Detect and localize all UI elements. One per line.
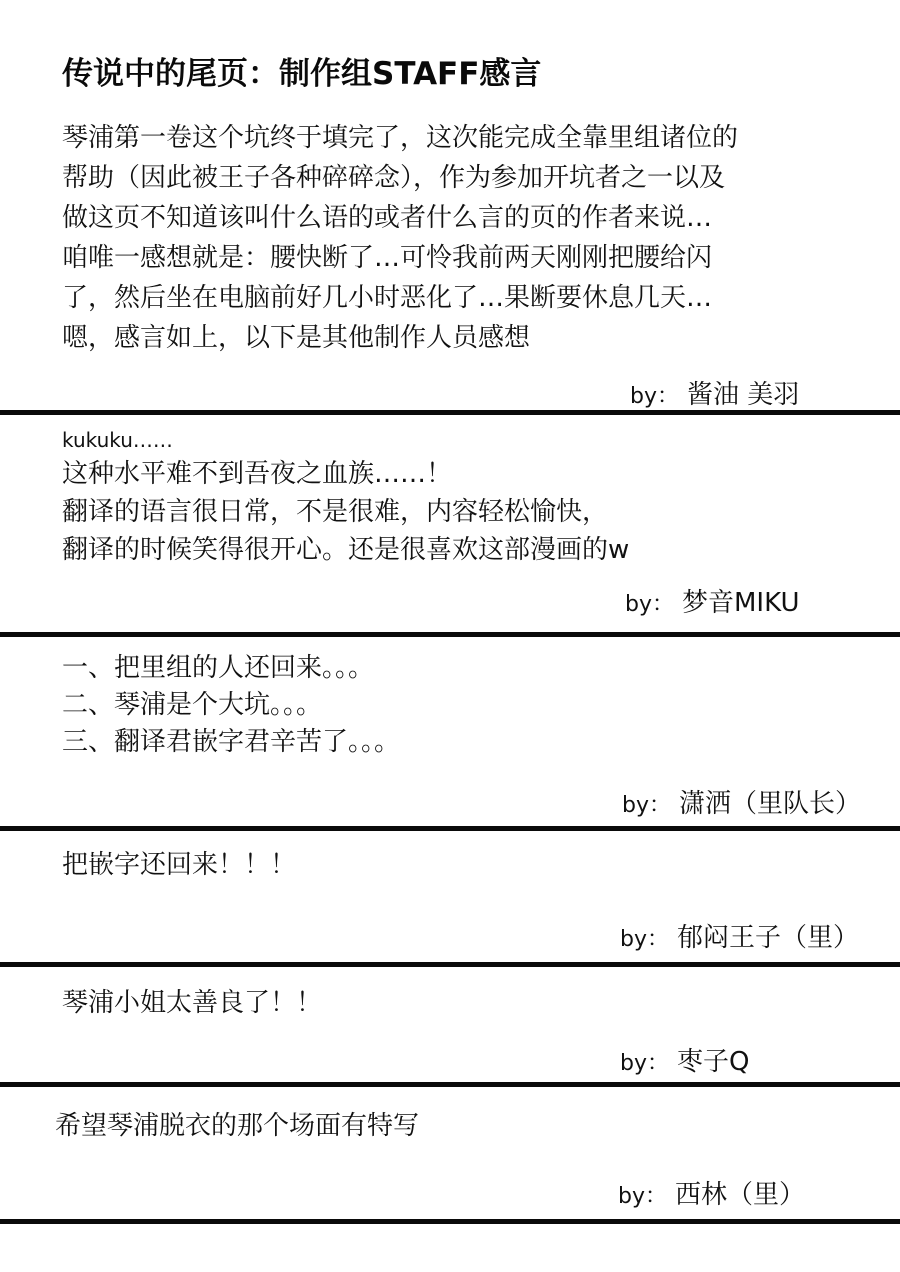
by-label: by： [618, 1184, 667, 1209]
comment-line: 一、把里组的人还回来。。。 [62, 650, 400, 687]
staff-comment-5: 琴浦小姐太善良了！！ [62, 983, 322, 1023]
comment-line: 三、翻译君嵌字君辛苦了。。。 [62, 724, 400, 761]
comment-line: 琴浦小姐太善良了！！ [62, 983, 322, 1023]
by-label: by： [622, 793, 671, 818]
section-divider [0, 826, 900, 831]
author-name: 郁闷王子（里） [677, 923, 859, 953]
comment-line: 做这页不知道该叫什么语的或者什么言的页的作者来说… [62, 198, 738, 238]
comment-line: 二、琴浦是个大坑。。。 [62, 687, 400, 724]
comment-line: 希望琴浦脱衣的那个场面有特写 [55, 1106, 419, 1146]
page-title: 传说中的尾页：制作组STAFF感言 [62, 48, 541, 93]
section-divider [0, 410, 900, 415]
author-name: 酱油 美羽 [687, 380, 799, 410]
section-divider [0, 1219, 900, 1224]
byline-2: by：梦音MIKU [625, 582, 799, 619]
staff-comment-4: 把嵌字还回来！！！ [62, 845, 296, 885]
staff-comment-2: kukuku…… 这种水平难不到吾夜之血族……！ 翻译的语言很日常，不是很难，内… [62, 425, 629, 569]
comment-line: 这种水平难不到吾夜之血族……！ [62, 455, 629, 493]
section-divider [0, 962, 900, 967]
by-label: by： [620, 927, 669, 952]
author-name: 枣子Q [677, 1047, 749, 1077]
staff-comment-6: 希望琴浦脱衣的那个场面有特写 [55, 1106, 419, 1146]
byline-4: by：郁闷王子（里） [620, 917, 859, 954]
comment-line: 嗯，感言如上，以下是其他制作人员感想 [62, 318, 738, 358]
comment-line: 了，然后坐在电脑前好几小时恶化了…果断要休息几天… [62, 278, 738, 318]
author-name: 梦音MIKU [682, 588, 799, 618]
byline-5: by：枣子Q [620, 1041, 749, 1078]
comment-intro: kukuku…… [62, 425, 629, 455]
byline-6: by：西林（里） [618, 1174, 805, 1211]
author-name: 西林（里） [675, 1180, 805, 1210]
section-divider [0, 632, 900, 637]
comment-line: 帮助（因此被王子各种碎碎念），作为参加开坑者之一以及 [62, 158, 738, 198]
comment-line: 把嵌字还回来！！！ [62, 845, 296, 885]
section-divider [0, 1082, 900, 1087]
by-label: by： [625, 592, 674, 617]
comment-line: 翻译的时候笑得很开心。还是很喜欢这部漫画的w [62, 531, 629, 569]
by-label: by： [620, 1051, 669, 1076]
comment-line: 翻译的语言很日常，不是很难，内容轻松愉快， [62, 493, 629, 531]
author-name: 潇洒（里队长） [679, 789, 861, 819]
staff-comment-3: 一、把里组的人还回来。。。 二、琴浦是个大坑。。。 三、翻译君嵌字君辛苦了。。。 [62, 650, 400, 761]
comment-line: 琴浦第一卷这个坑终于填完了，这次能完成全靠里组诸位的 [62, 118, 738, 158]
staff-comment-1: 琴浦第一卷这个坑终于填完了，这次能完成全靠里组诸位的 帮助（因此被王子各种碎碎念… [62, 118, 738, 358]
byline-1: by：酱油 美羽 [630, 374, 799, 411]
byline-3: by：潇洒（里队长） [622, 783, 861, 820]
by-label: by： [630, 384, 679, 409]
comment-line: 咱唯一感想就是：腰快断了…可怜我前两天刚刚把腰给闪 [62, 238, 738, 278]
